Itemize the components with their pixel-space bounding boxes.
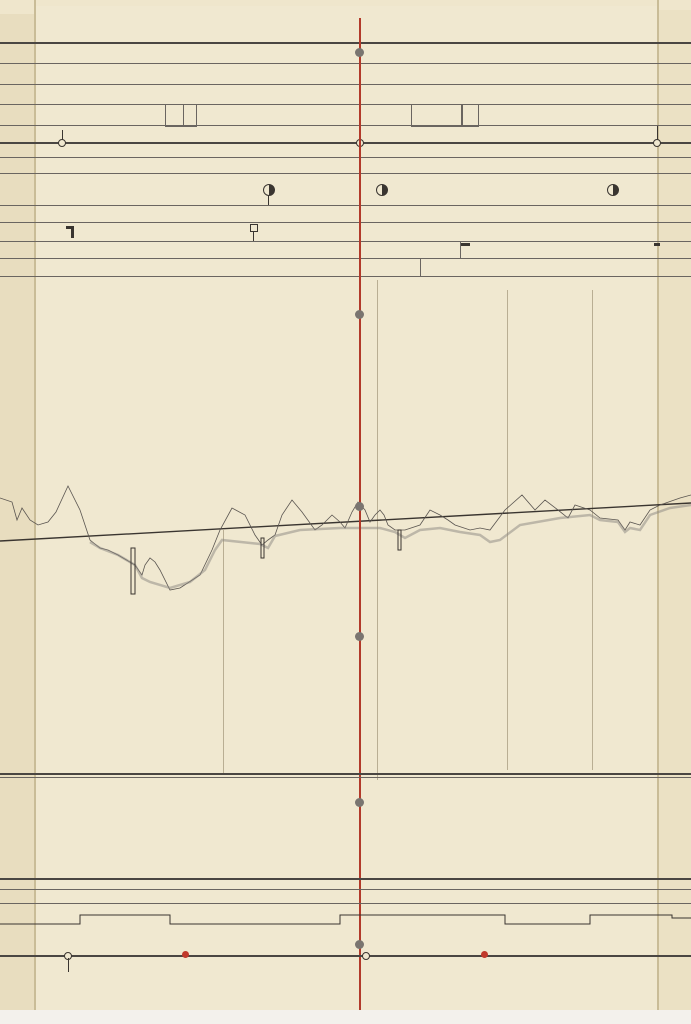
- marker-post: [71, 226, 74, 238]
- boundary-point: [355, 798, 364, 807]
- signal-post: [268, 195, 269, 205]
- bridge-icon: [654, 243, 660, 246]
- row-line: [0, 84, 691, 85]
- row-line: [0, 205, 691, 206]
- row-line: [0, 104, 691, 105]
- signal-icon: [263, 184, 275, 196]
- place-box: [165, 104, 184, 127]
- page-background: [0, 1010, 691, 1024]
- red-km-marker: [481, 951, 488, 958]
- signal-icon: [607, 184, 619, 196]
- row-line: [0, 241, 691, 242]
- boundary-point: [355, 502, 364, 511]
- row-line: [0, 173, 691, 174]
- section-divider: [420, 258, 421, 276]
- row-line: [0, 222, 691, 223]
- place-box: [183, 104, 197, 127]
- boundary-point: [355, 632, 364, 641]
- row-line: [0, 777, 691, 778]
- place-box: [461, 104, 479, 127]
- row-line: [0, 773, 691, 775]
- red-km-marker: [182, 951, 189, 958]
- row-line: [0, 903, 691, 904]
- signal-icon: [376, 184, 388, 196]
- km-marker: [653, 139, 661, 147]
- row-line: [0, 889, 691, 890]
- curvature-diagram: [0, 910, 691, 930]
- place-box: [411, 104, 463, 127]
- row-line: [0, 878, 691, 880]
- row-line: [0, 276, 691, 277]
- row-line: [0, 157, 691, 158]
- km-marker: [58, 139, 66, 147]
- terrain-profile: [0, 470, 691, 600]
- bottom-km-axis: [0, 955, 691, 957]
- boundary-point: [355, 310, 364, 319]
- row-line: [0, 42, 691, 44]
- map-sheet: [0, 0, 691, 1010]
- row-line: [0, 125, 691, 126]
- boundary-point: [355, 940, 364, 949]
- bridge-divider: [460, 242, 461, 258]
- marker-post: [253, 231, 254, 241]
- state-border-line: [359, 18, 361, 1018]
- km-tick: [68, 958, 69, 972]
- km-marker: [362, 952, 370, 960]
- bridge-icon: [460, 243, 470, 246]
- row-line: [0, 63, 691, 64]
- marker-icon: [250, 224, 258, 232]
- top-km-axis: [0, 142, 691, 144]
- row-line: [0, 258, 691, 259]
- boundary-point: [355, 48, 364, 57]
